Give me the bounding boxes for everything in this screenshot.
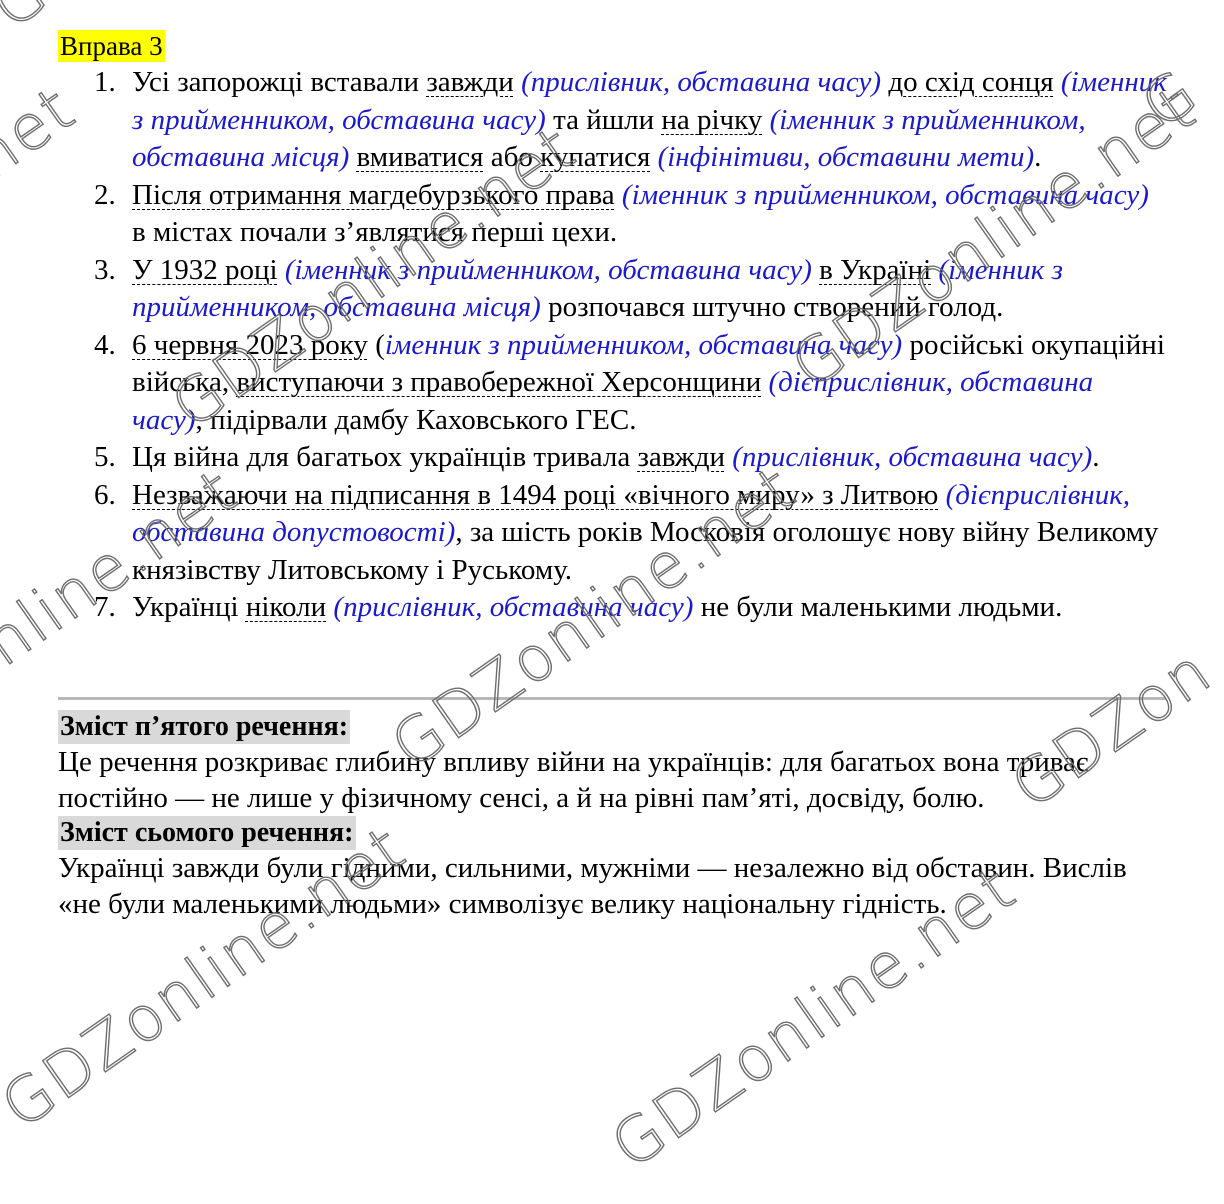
sentence-number: 1. bbox=[94, 64, 116, 102]
adverbial-phrase: завжди bbox=[426, 66, 514, 98]
sentence-text bbox=[615, 179, 622, 211]
commentary-heading: Зміст п’ятого речення: bbox=[58, 710, 350, 744]
adverbial-phrase: 6 червня 2023 року bbox=[132, 329, 368, 361]
sentence-text: Українці bbox=[132, 591, 246, 623]
sentence-text bbox=[349, 141, 356, 173]
adverbial-phrase: вмиватися bbox=[357, 141, 484, 173]
sentence-text: розпочався штучно створений голод. bbox=[541, 291, 1004, 323]
sentence-text bbox=[514, 66, 521, 98]
grammar-note: (прислівник, обставина часу) bbox=[732, 441, 1092, 473]
sentence-item: 3.У 1932 році (іменник з прийменником, о… bbox=[58, 252, 1168, 327]
sentence-number: 6. bbox=[94, 477, 116, 515]
sentence-number: 3. bbox=[94, 252, 116, 290]
sentence-number: 7. bbox=[94, 589, 116, 627]
adverbial-phrase: в Україні bbox=[819, 254, 931, 286]
sentence-number: 5. bbox=[94, 439, 116, 477]
sentence-text: . bbox=[1092, 441, 1099, 473]
exercise-title: Вправа 3 bbox=[58, 30, 165, 62]
adverbial-phrase: виступаючи з правобережної Херсонщини bbox=[236, 366, 761, 398]
adverbial-phrase: Незважаючи на підписання в 1494 році «ві… bbox=[132, 479, 938, 511]
commentary-block: Зміст сьомого речення: Українці завжди б… bbox=[58, 816, 1168, 922]
section-divider bbox=[58, 697, 1166, 700]
sentence-text bbox=[1054, 66, 1061, 98]
sentence-text: в містах почали з’являтися перші цехи. bbox=[132, 216, 617, 248]
grammar-note: (прислівник, обставина часу) bbox=[333, 591, 693, 623]
sentence-number: 4. bbox=[94, 327, 116, 365]
commentary-heading: Зміст сьомого речення: bbox=[58, 816, 356, 850]
commentary-text: Українці завжди були гідними, сильними, … bbox=[58, 850, 1168, 922]
sentence-text bbox=[278, 254, 285, 286]
adverbial-phrase: на річку bbox=[661, 104, 762, 136]
sentence-text: не були маленькими людьми. bbox=[693, 591, 1062, 623]
sentence-text: або bbox=[483, 141, 540, 173]
adverbial-phrase: завжди bbox=[637, 441, 725, 473]
grammar-note: іменник з прийменником, обставина часу) bbox=[385, 329, 902, 361]
adverbial-phrase: до схід сонця bbox=[888, 66, 1053, 98]
sentence-text bbox=[938, 479, 945, 511]
grammar-note: (іменник з прийменником, обставина часу) bbox=[622, 179, 1149, 211]
sentence-item: 5.Ця війна для багатьох українців тривал… bbox=[58, 439, 1168, 477]
sentence-text bbox=[762, 104, 769, 136]
adverbial-phrase: Після отримання магдебурзького права bbox=[132, 179, 615, 211]
sentence-number: 2. bbox=[94, 177, 116, 215]
sentence-text bbox=[761, 366, 768, 398]
sentence-list: 1.Усі запорожці вставали завжди (прислів… bbox=[58, 64, 1168, 627]
sentence-text bbox=[650, 141, 657, 173]
sentence-text: , підірвали дамбу Каховського ГЕС. bbox=[196, 404, 637, 436]
sentence-item: 7.Українці ніколи (прислівник, обставина… bbox=[58, 589, 1168, 627]
document-page: Вправа 3 1.Усі запорожці вставали завжди… bbox=[58, 30, 1168, 922]
sentence-text: . bbox=[1034, 141, 1041, 173]
adverbial-phrase: У 1932 році bbox=[132, 254, 278, 286]
grammar-note: (прислівник, обставина часу) bbox=[521, 66, 881, 98]
commentary-section: Зміст п’ятого речення: Це речення розкри… bbox=[58, 710, 1168, 922]
sentence-item: 1.Усі запорожці вставали завжди (прислів… bbox=[58, 64, 1168, 177]
adverbial-phrase: ніколи bbox=[246, 591, 326, 623]
commentary-text: Це речення розкриває глибину впливу війн… bbox=[58, 744, 1168, 816]
sentence-item: 2.Після отримання магдебурзького права (… bbox=[58, 177, 1168, 252]
sentence-item: 6.Незважаючи на підписання в 1494 році «… bbox=[58, 477, 1168, 590]
sentence-text: Усі запорожці вставали bbox=[132, 66, 426, 98]
sentence-item: 4.6 червня 2023 року (іменник з прийменн… bbox=[58, 327, 1168, 440]
adverbial-phrase: купатися bbox=[540, 141, 650, 173]
sentence-text: ( bbox=[368, 329, 385, 361]
grammar-note: (іменник з прийменником, обставина часу) bbox=[285, 254, 812, 286]
sentence-text: Ця війна для багатьох українців тривала bbox=[132, 441, 637, 473]
commentary-block: Зміст п’ятого речення: Це речення розкри… bbox=[58, 710, 1168, 816]
sentence-text: та йшли bbox=[546, 104, 662, 136]
grammar-note: (інфінітиви, обставини мети) bbox=[658, 141, 1035, 173]
